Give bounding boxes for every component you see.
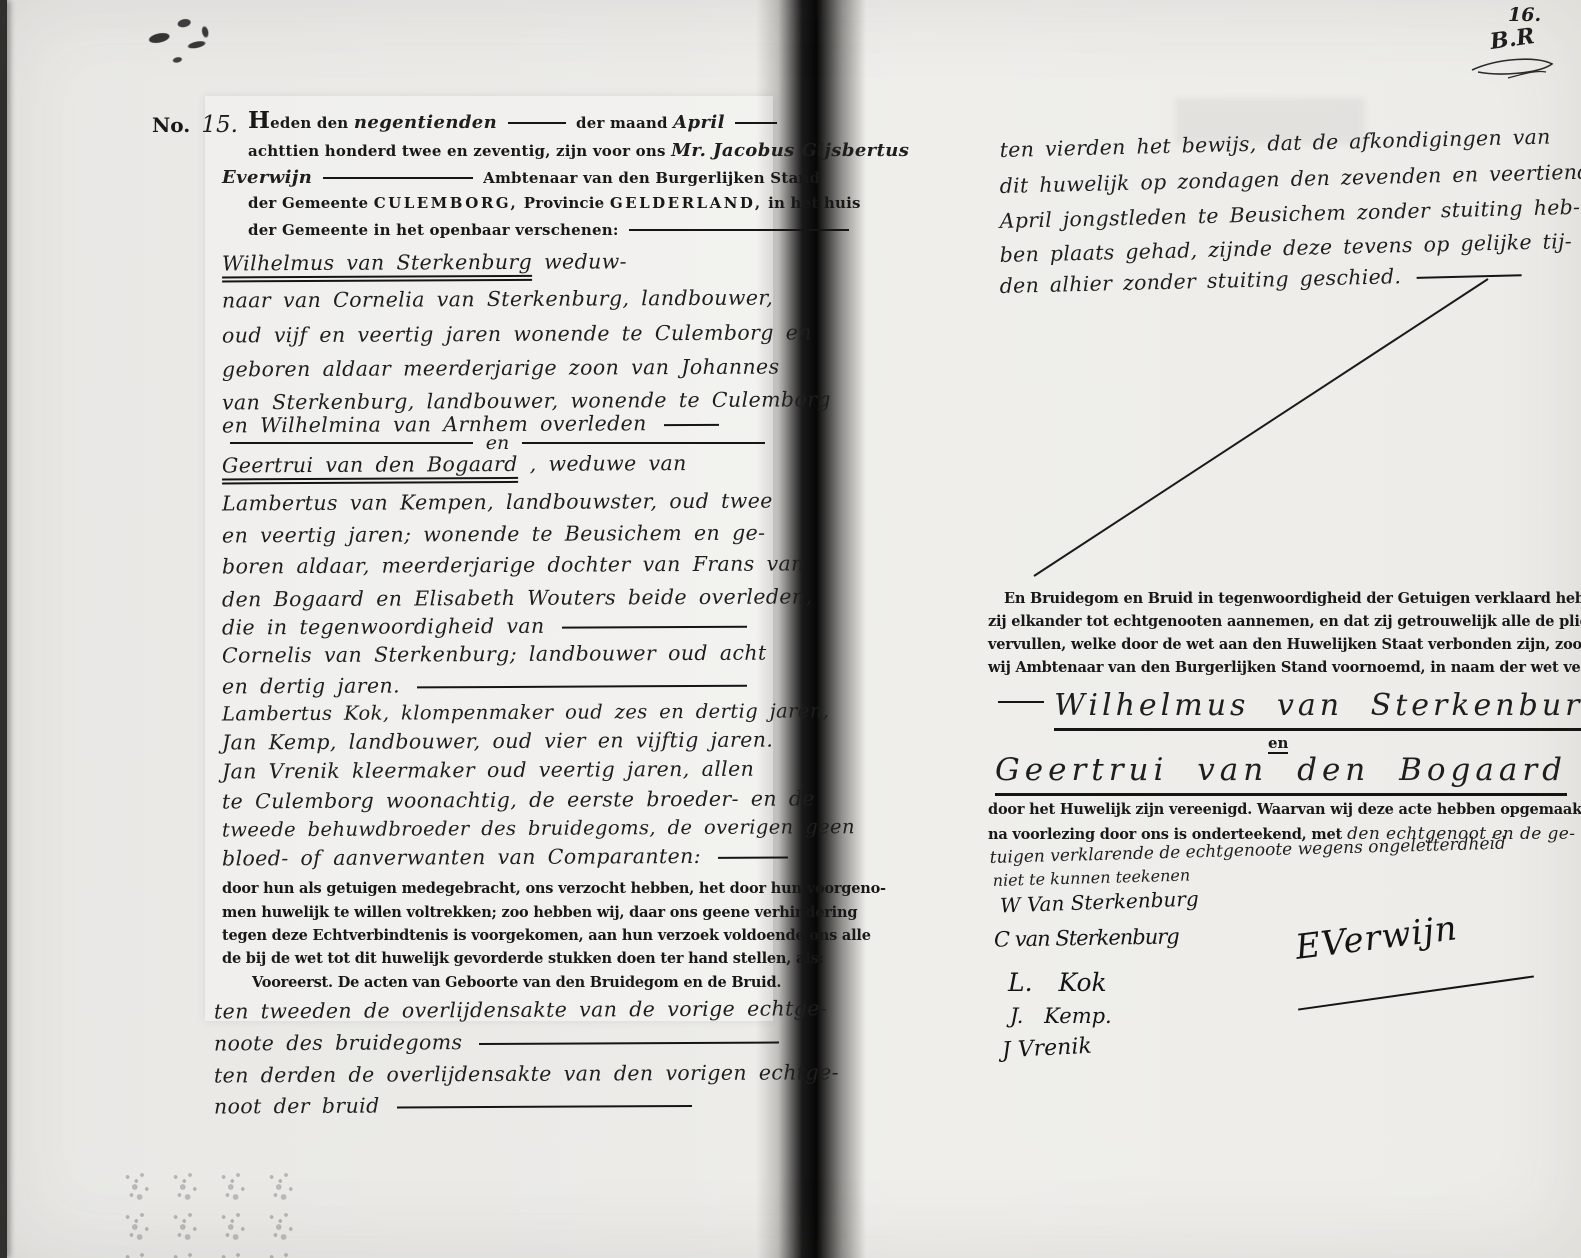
printed-line: Vooreerst. De acten van Geboorte van den… (252, 974, 781, 991)
intro-text: achttien honderd twee en zeventig, zijn … (248, 142, 666, 160)
printed-line: door hun als getuigen medegebracht, ons … (222, 880, 886, 897)
intro-line-4: der Gemeente CULEMBORG, Provincie GELDER… (248, 194, 861, 212)
handwritten-line: die in tegenwoordigheid van (222, 613, 774, 640)
signature-official: EVerwijn (1293, 908, 1460, 968)
handwritten-text: bloed- of aanverwanten van Comparanten: (222, 844, 701, 871)
handwritten-line: niet te kunnen teekenen (992, 865, 1190, 890)
bride-name-line: Geertrui van den Bogaard , weduwe van (222, 451, 774, 478)
handwritten-line: den Bogaard en Elisabeth Wouters beide o… (222, 585, 774, 612)
intro-text: der maand (576, 114, 668, 132)
handwritten-text: en dertig jaren. (222, 674, 400, 699)
groom-name-display-line: Wilhelmus van Sterkenburg (993, 688, 1581, 723)
act-number-value: 15. (201, 112, 238, 138)
handwritten-line: oud vijf en veertig jaren wonende te Cul… (222, 321, 774, 348)
handwritten-text: die in tegenwoordigheid van (222, 614, 545, 640)
groom-name-display: Wilhelmus van Sterkenburg (1054, 688, 1581, 731)
handwritten-line: naar van Cornelia van Sterkenburg, landb… (222, 286, 774, 313)
groom-name: Wilhelmus van Sterkenburg (222, 250, 532, 283)
handwritten-line: ten tweeden de overlijdensakte van de vo… (214, 997, 766, 1024)
cancellation-stroke (1030, 275, 1492, 580)
intro-handwritten-official: Mr. Jacobus Gijsbertus (671, 140, 909, 161)
ink-smudge (122, 0, 245, 91)
blank-rule (323, 177, 473, 179)
blank-rule (417, 685, 747, 689)
handwritten-line: boren aldaar, meerderjarige dochter van … (222, 552, 774, 579)
printed-line: tegen deze Echtverbindtenis is voorgekom… (222, 927, 871, 944)
intro-line-2: achttien honderd twee en zeventig, zijn … (248, 140, 909, 161)
handwritten-line: ben plaats gehad, zijnde deze tevens op … (999, 230, 1524, 267)
province-name: GELDERLAND, (610, 194, 763, 212)
handwritten-line: noot der bruid (214, 1092, 766, 1119)
signature-official-flourish (1298, 975, 1534, 1010)
bride-name-display: Geertrui van den Bogaard (995, 752, 1567, 796)
intro-text: in het huis (768, 194, 861, 212)
blank-rule (508, 122, 566, 124)
intro-line-1: Heden den negentienden der maand April (248, 112, 782, 133)
intro-text: der Gemeente (248, 194, 368, 212)
handwritten-line: dit huwelijk op zondagen den zevenden en… (999, 161, 1524, 198)
intro-text: Heden den (248, 112, 348, 132)
handwritten-line: en dertig jaren. (222, 672, 774, 699)
blank-rule (562, 626, 747, 629)
intro-text: Ambtenaar van den Burgerlijken Stand (483, 169, 820, 187)
conjunction-en: en (1268, 734, 1288, 754)
blank-rule (735, 122, 777, 124)
printed-line: En Bruidegom en Bruid in tegenwoordighei… (988, 590, 1581, 607)
handwritten-text: , weduwe van (530, 451, 687, 476)
printed-line: men huwelijk te willen voltrekken; zoo h… (222, 904, 857, 921)
handwritten-line: Cornelis van Sterkenburg; landbouwer oud… (222, 641, 774, 668)
handwritten-line: Lambertus Kok, klompenmaker oud zes en d… (222, 700, 774, 726)
signature-witness-4: J Vrenik (1001, 1034, 1092, 1064)
signature-witness-1: C van Sterkenburg (994, 924, 1179, 951)
groom-name-line: Wilhelmus van Sterkenburg weduw- (222, 249, 774, 276)
act-number: No. 15. (152, 112, 238, 138)
folio-number: 16. (1508, 4, 1541, 26)
handwritten-line: tweede behuwdbroeder des bruidegoms, de … (222, 816, 774, 842)
blank-rule (998, 701, 1044, 703)
blank-rule (664, 424, 719, 426)
handwritten-line: Jan Kemp, landbouwer, oud vier en vijfti… (222, 728, 774, 755)
handwritten-line: te Culemborg woonachtig, de eerste broed… (222, 787, 774, 814)
intro-text: der Gemeente in het openbaar verschenen: (248, 221, 619, 239)
intro-handwritten-official-surname: Everwijn (222, 167, 312, 188)
conjunction-en: en (478, 432, 517, 454)
handwritten-line: bloed- of aanverwanten van Comparanten: (222, 844, 774, 871)
handwritten-text: noote des bruidegoms (214, 1030, 463, 1055)
intro-handwritten-day: negentienden (354, 112, 497, 133)
blank-rule (397, 1105, 692, 1109)
blank-rule (629, 229, 849, 231)
blank-rule (479, 1041, 779, 1045)
handwritten-line: Lambertus van Kempen, landbouwster, oud … (222, 489, 774, 516)
clerk-paraph-flourish (1468, 48, 1558, 82)
handwritten-text: noot der bruid (214, 1094, 380, 1119)
divider-rule (230, 442, 473, 444)
handwritten-line: geboren aldaar meerderjarige zoon van Jo… (222, 355, 774, 382)
signature-witness-3: J. Kemp. (1010, 1004, 1112, 1028)
blank-rule (718, 856, 788, 858)
printed-line: door het Huwelijk zijn vereenigd. Waarva… (988, 801, 1581, 818)
printed-line: vervullen, welke door de wet aan den Huw… (988, 636, 1581, 653)
municipality-name: CULEMBORG, (374, 194, 519, 212)
printed-line: de bij de wet tot dit huwelijk gevorderd… (222, 950, 824, 967)
intro-line-5: der Gemeente in het openbaar verschenen: (248, 221, 854, 239)
register-scan: No. 15. Heden den negentienden der maand… (0, 0, 1581, 1258)
handwritten-line: Jan Vrenik kleermaker oud veertig jaren,… (222, 757, 774, 784)
bride-name: Geertrui van den Bogaard (222, 452, 518, 485)
signature-groom: W Van Sterkenburg (1000, 887, 1199, 918)
intro-handwritten-month: April (673, 112, 725, 133)
printed-line: zij elkander tot echtgenooten aannemen, … (988, 613, 1581, 630)
handwritten-line: ten derden de overlijdensakte van den vo… (214, 1061, 766, 1088)
intro-text: Provincie (524, 194, 605, 212)
handwritten-line: April jongstleden te Beusichem zonder st… (999, 196, 1524, 233)
printed-line: wij Ambtenaar van den Burgerlijken Stand… (988, 659, 1581, 676)
handwritten-text: weduw- (544, 249, 627, 273)
scan-left-edge (0, 0, 7, 1258)
handwritten-line: ten vierden het bewijs, dat de afkondigi… (999, 125, 1524, 162)
intro-line-3: Everwijn Ambtenaar van den Burgerlijken … (222, 167, 820, 188)
handwritten-line: en veertig jaren; wonende te Beusichem e… (222, 521, 774, 548)
act-number-label: No. (152, 113, 190, 137)
handwritten-line: noote des bruidegoms (214, 1029, 766, 1056)
signature-witness-2: L. Kok (1008, 968, 1107, 997)
paper-speckle (118, 1165, 308, 1258)
divider-rule (522, 442, 765, 444)
